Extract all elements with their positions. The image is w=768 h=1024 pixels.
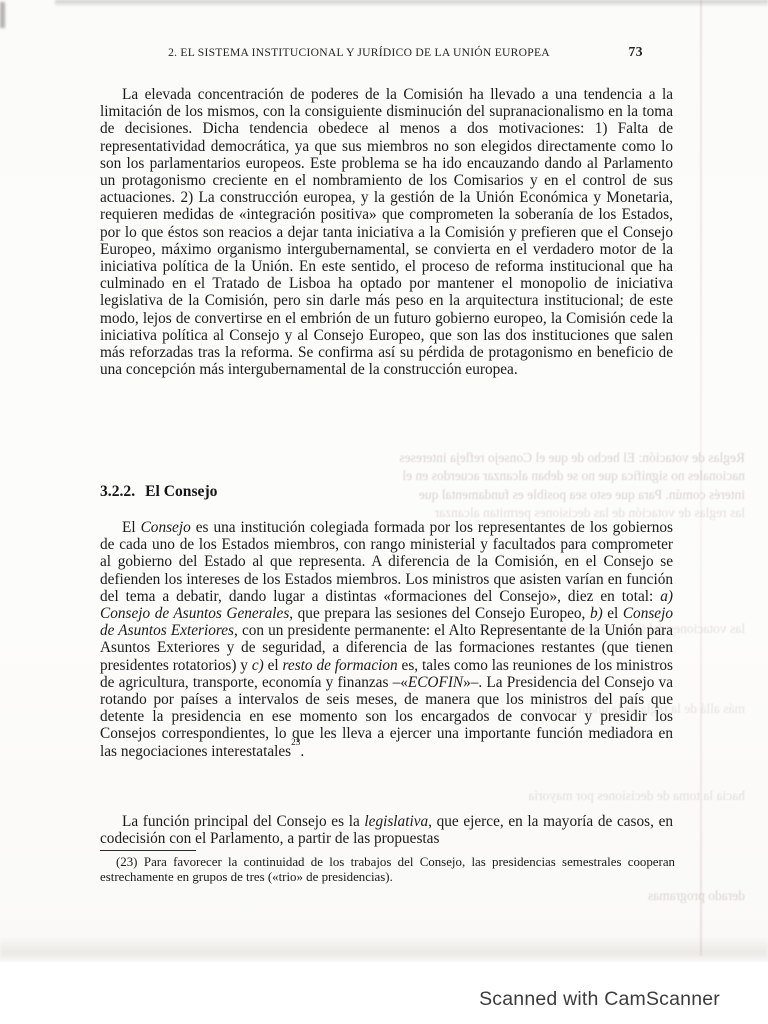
footnote-block: (23) Para favorecer la continuidad de lo… bbox=[100, 850, 675, 886]
bleedthrough-line: nacionales no significa que no se deban … bbox=[100, 467, 745, 484]
page-number: 73 bbox=[629, 44, 644, 60]
footnote-separator-rule bbox=[100, 850, 196, 851]
footnote-23: (23) Para favorecer la continuidad de lo… bbox=[100, 855, 675, 886]
paragraph-council-function: La función principal del Consejo es la l… bbox=[100, 813, 673, 847]
chapter-title: 2. EL SISTEMA INSTITUCIONAL Y JURÍDICO D… bbox=[100, 46, 673, 59]
bleedthrough-line: hacia la toma de decisiones por mayoría bbox=[470, 787, 745, 804]
scanned-page: Reglas de votación: El hecho de que el C… bbox=[0, 0, 768, 962]
paragraph-council-description: El Consejo es una institución colegiada … bbox=[100, 519, 673, 760]
section-title: El Consejo bbox=[145, 483, 217, 500]
page-fold-line bbox=[700, 0, 702, 956]
bleedthrough-line: derado programas bbox=[575, 887, 745, 904]
section-number: 3.2.2. bbox=[100, 483, 135, 500]
scan-bottom-edge-shadow bbox=[0, 936, 768, 960]
section-heading: 3.2.2.El Consejo bbox=[100, 483, 673, 501]
paragraph-commission-powers: La elevada concentración de poderes de l… bbox=[100, 86, 673, 378]
scan-left-edge-mark bbox=[0, 2, 5, 28]
camscanner-watermark: Scanned with CamScanner bbox=[479, 988, 720, 1011]
bleedthrough-line: Reglas de votación: El hecho de que el C… bbox=[100, 449, 745, 466]
scan-top-edge-shadow bbox=[55, 0, 768, 7]
running-header: 2. EL SISTEMA INSTITUCIONAL Y JURÍDICO D… bbox=[100, 46, 673, 64]
